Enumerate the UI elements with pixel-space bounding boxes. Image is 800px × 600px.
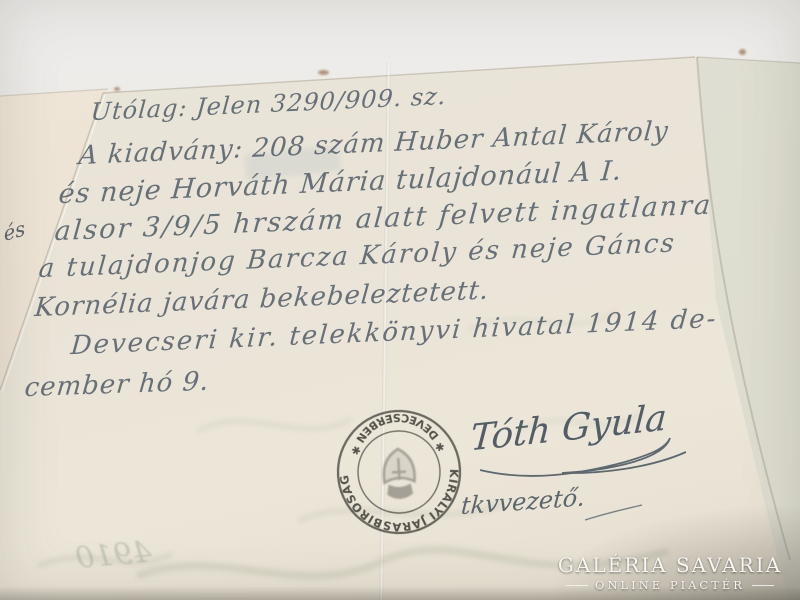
photo-of-document: 4910 Utólag: Jelen 3290/909. sz. A kiadv…	[0, 0, 800, 600]
marketplace-watermark: GALÉRIA SAVARIA ONLINE PIACTÉR	[550, 553, 790, 592]
watermark-title: GALÉRIA SAVARIA	[550, 553, 790, 577]
watermark-subtitle: ONLINE PIACTÉR	[595, 578, 745, 592]
watermark-rule-left	[566, 585, 588, 586]
photo-vignette	[0, 0, 800, 600]
watermark-rule-right	[752, 585, 774, 586]
